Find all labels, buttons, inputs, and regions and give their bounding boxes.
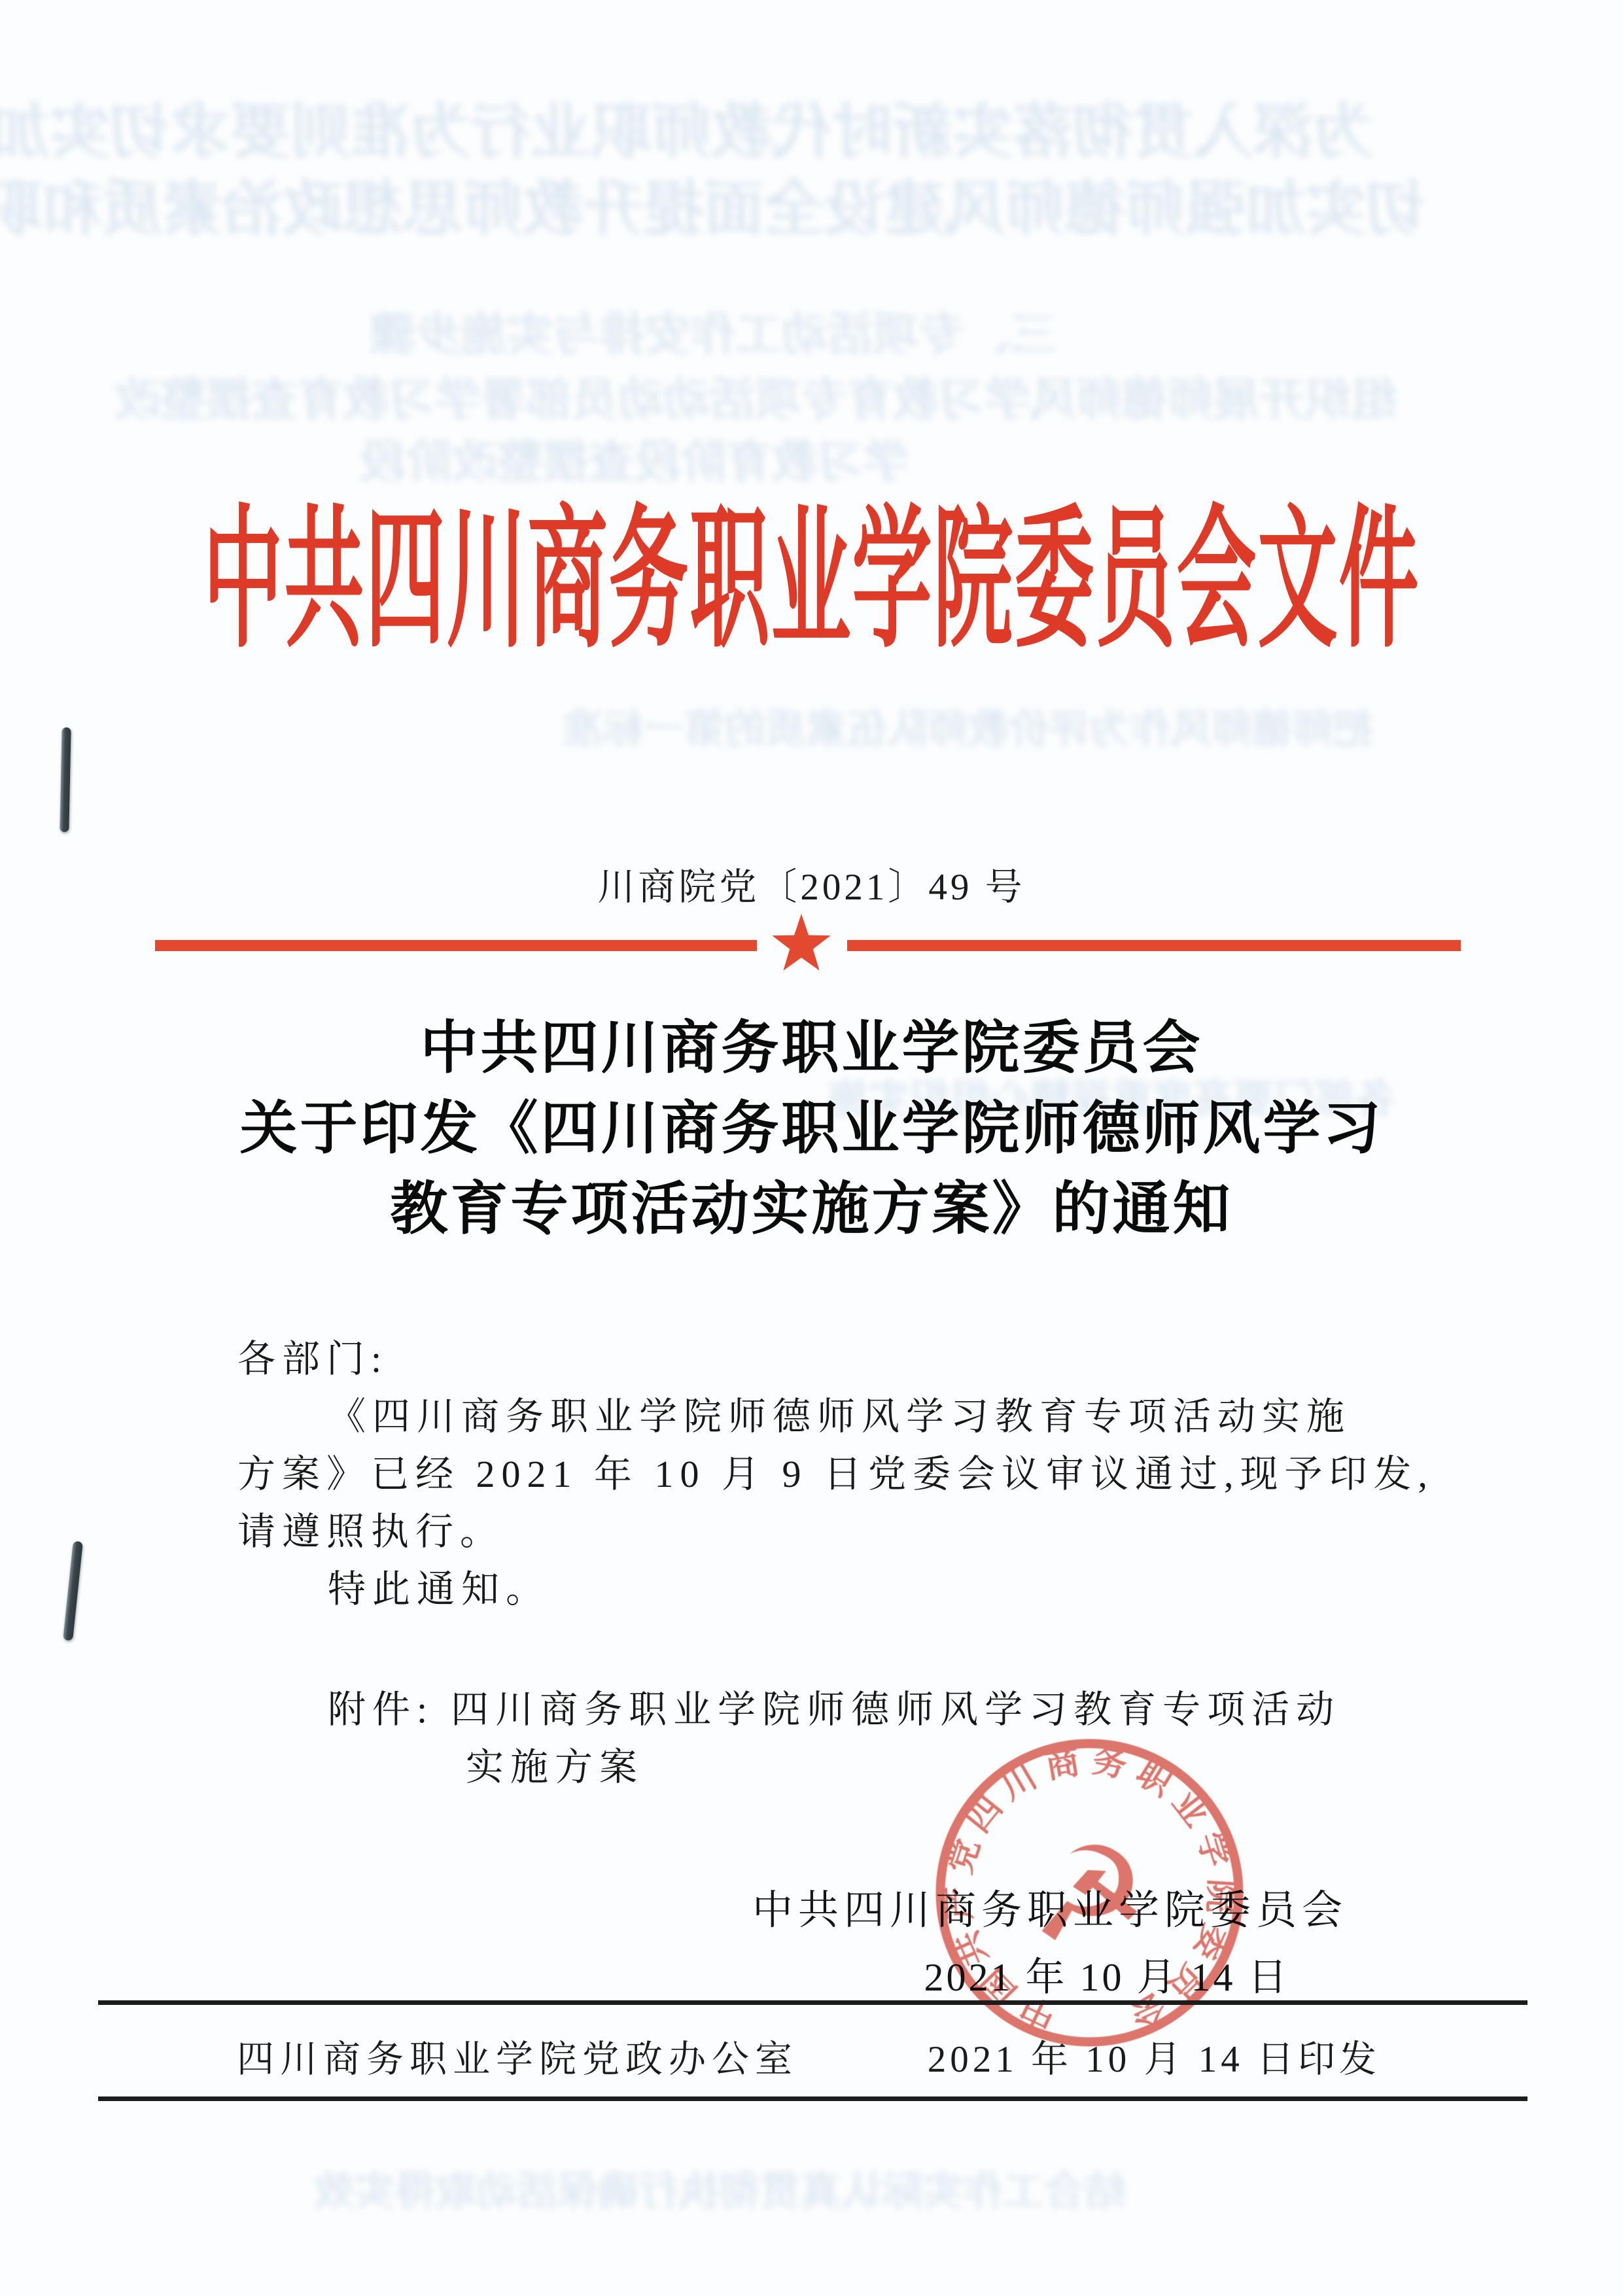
body-paragraph1-line2: 方案》已经 2021 年 10 月 9 日党委会议审议通过,现予印发,: [237, 1443, 1434, 1498]
document-title-line2: 关于印发《四川商务职业学院师德师风学习: [0, 1089, 1623, 1170]
body-paragraph1-line1: 《四川商务职业学院师德师风学习教育专项活动实施: [328, 1385, 1351, 1440]
document-title: 中共四川商务职业学院委员会 关于印发《四川商务职业学院师德师风学习 教育专项活动…: [0, 1009, 1623, 1250]
staple-mark: [63, 1541, 83, 1641]
scanned-official-document: 为深入贯彻落实新时代教师职业行为准则要求切实加强建设 切实加强师德师风建设全面提…: [0, 0, 1623, 2296]
red-rule-right: [847, 940, 1461, 951]
footer-rule-top: [98, 2000, 1527, 2005]
red-star-icon: [769, 913, 833, 978]
bleedthrough-artifact: 三、专项活动工作安排与实施步骤: [203, 298, 1223, 364]
doc-number: 川商院党〔2021〕49 号: [0, 857, 1623, 911]
body-paragraph1-line3: 请遵照执行。: [237, 1501, 504, 1556]
attachment-title-line2: 实施方案: [466, 1736, 644, 1791]
footer-print-date: 2021 年 10 月 14 日印发: [883, 2029, 1380, 2083]
body-salutation: 各部门:: [237, 1328, 388, 1383]
attachment-label: 附件:: [328, 1688, 434, 1731]
red-star-shape: [772, 914, 830, 971]
hammer-sickle-icon: ☭: [1031, 1819, 1148, 1972]
bleedthrough-artifact: 把师德师风作为评价教师队伍素质的第一标准: [752, 697, 1374, 755]
red-rule-left: [155, 940, 757, 951]
bleedthrough-artifact: 组织开展师德师风学习教育专项活动动员部署学习教育查摆整改: [186, 363, 1397, 429]
letterhead-banner: 中共四川商务职业学院委员会文件: [0, 504, 1623, 661]
bleedthrough-artifact: 结合工作实际认真贯彻执行确保活动取得实效: [262, 2159, 1178, 2217]
document-title-line3: 教育专项活动实施方案》的通知: [0, 1170, 1623, 1250]
bleedthrough-artifact: 学习教育阶段查摆整改阶段: [307, 425, 962, 491]
official-seal: 中国共产党四川商务职业学院委员会 ☭: [921, 1724, 1258, 2061]
bleedthrough-artifact: 为深入贯彻落实新时代教师职业行为准则要求切实加强建设: [222, 84, 1374, 170]
bleedthrough-artifact: 切实加强师德师风建设全面提升教师思想政治素质和职业道德水平: [196, 161, 1426, 247]
footer-rule-bottom: [98, 2096, 1527, 2101]
body-paragraph2: 特此通知。: [328, 1558, 550, 1613]
document-title-line1: 中共四川商务职业学院委员会: [0, 1009, 1623, 1089]
letterhead-title: 中共四川商务职业学院委员会文件: [203, 506, 1420, 659]
staple-mark: [60, 727, 71, 832]
footer-issuer: 四川商务职业学院党政办公室: [237, 2029, 798, 2083]
